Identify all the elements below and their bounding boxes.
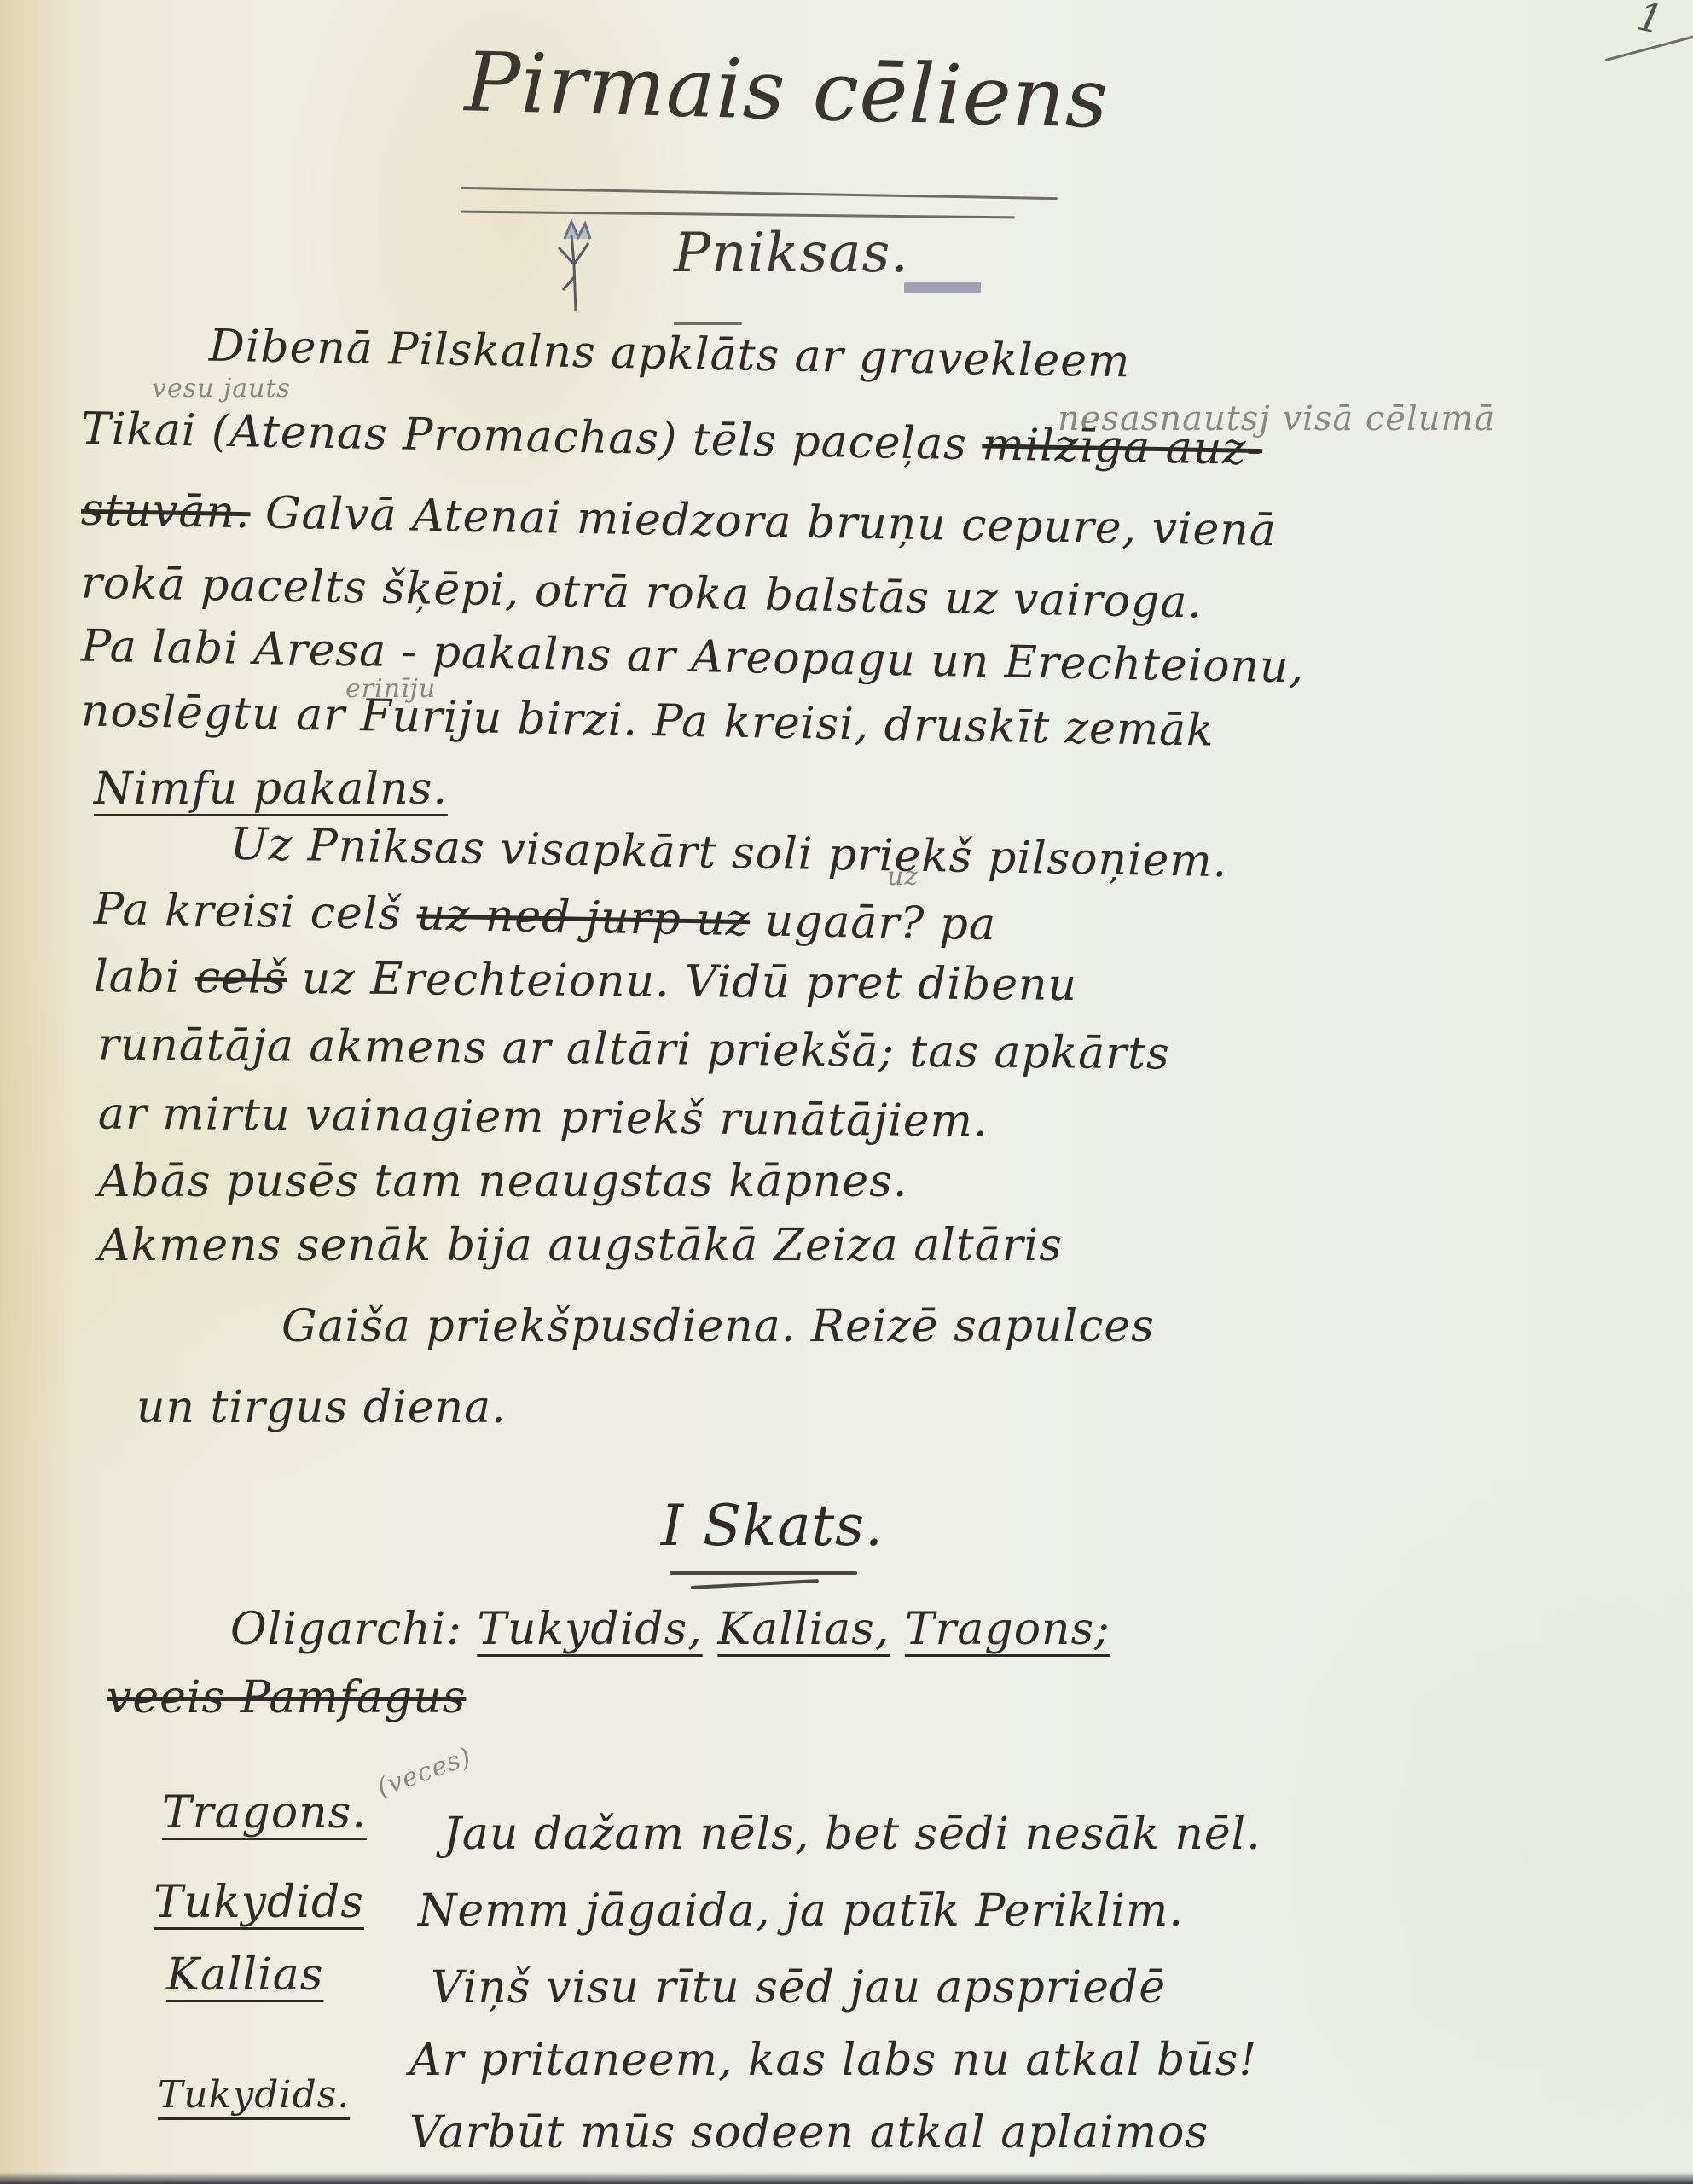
characters-line: Oligarchi: Tukydids, Kallias, Tragons; <box>230 1604 1110 1655</box>
scene-heading-rule-1 <box>670 1571 857 1575</box>
struck-text: uz ned jurp uz <box>416 889 751 946</box>
speaker-name: Tragons. <box>162 1787 367 1838</box>
page-title: Pirmais cēliens <box>464 34 1110 147</box>
page-left-edge <box>0 0 77 2184</box>
setting-heading-text: Pniksas. <box>674 222 909 285</box>
dialogue-line: Jau dažam nēls, bet sēdi nesāk nēl. <box>444 1809 1261 1860</box>
direction-line-4: rokā pacelts šķēpi, otrā roka balstās uz… <box>81 558 1203 629</box>
dialogue-line: Ar pritaneem, kas labs nu atkal būs! <box>409 2035 1257 2086</box>
setting-heading: Pniksas. <box>674 222 909 285</box>
direction-line-12: ar mirtu vainagiem priekš runātājiem. <box>98 1088 989 1147</box>
flower-sketch-icon <box>546 213 606 316</box>
direction-line-1: Dibenā Pilskalns apklāts ar gravekleem <box>209 321 1131 388</box>
struck-text: celš <box>195 952 287 1004</box>
scene-heading-rule-2 <box>691 1579 819 1589</box>
dialogue-line: Nemm jāgaida, ja patīk Periklim. <box>418 1885 1184 1937</box>
direction-line-13: Abās pusēs tam neaugstas kāpnes. <box>98 1156 907 1207</box>
page-number: 1 <box>1633 0 1668 44</box>
speaker-name: Tukydids. <box>158 2073 350 2117</box>
character-name: Tukydids, <box>477 1604 702 1655</box>
struck-text: stuvān. <box>81 485 252 538</box>
speaker-name: Tukydids <box>154 1877 364 1928</box>
direction-line-6: noslēgtu ar Furiju birzi. Pa kreisi, dru… <box>81 685 1215 756</box>
direction-line-15: Gaiša priekšpusdiena. Reizē sapulces <box>281 1301 1155 1352</box>
direction-line-9: Pa kreisi celš uz ned jurp uz ugaār? pa <box>94 884 997 950</box>
character-name: Tragons; <box>905 1604 1110 1655</box>
scene-heading: I Skats. <box>661 1493 884 1559</box>
direction-insert-1: vesu jauts <box>152 374 291 404</box>
dialogue-line: Viņš visu rītu sēd jau apspriedē <box>431 1962 1166 2013</box>
direction-line-16: un tirgus diena. <box>136 1382 507 1433</box>
direction-line-10: labi celš uz Erechteionu. Vidū pret dibe… <box>94 951 1077 1011</box>
speaker-annotation: (veces) <box>373 1741 475 1803</box>
characters-label: Oligarchi: <box>230 1604 462 1655</box>
struck-characters: veeis Pamfagus <box>107 1672 466 1723</box>
dialogue-line: Varbūt mūs sodeen atkal aplaimos <box>409 2107 1209 2158</box>
direction-line-11: runātāja akmens ar altāri priekšā; tas a… <box>98 1019 1170 1080</box>
setting-heading-scribble <box>904 282 981 293</box>
character-name: Kallias, <box>717 1604 890 1655</box>
speaker-name: Kallias <box>166 1949 323 2001</box>
direction-insert-4: uz <box>887 862 919 892</box>
direction-line-8: Uz Pniksas visapkārt soli priekš pilsoņi… <box>230 819 1228 887</box>
manuscript-page: 1 Pirmais cēliens Pniksas. Dibenā Pilska… <box>0 0 1693 2184</box>
direction-line-7: Nimfu pakalns. <box>94 764 448 815</box>
direction-line-5: Pa labi Aresa - pakalns ar Areopagu un E… <box>81 620 1305 693</box>
direction-line-3: stuvān. Galvā Atenai miedzora bruņu cepu… <box>81 485 1278 556</box>
page-bottom-edge <box>0 2172 1693 2184</box>
direction-line-14: Akmens senāk bija augstākā Zeiza altāris <box>98 1220 1063 1271</box>
title-rule-2 <box>461 211 1015 219</box>
title-rule-1 <box>461 187 1058 200</box>
setting-heading-underline <box>674 322 742 325</box>
struck-text: milzīga auz- <box>982 419 1263 475</box>
